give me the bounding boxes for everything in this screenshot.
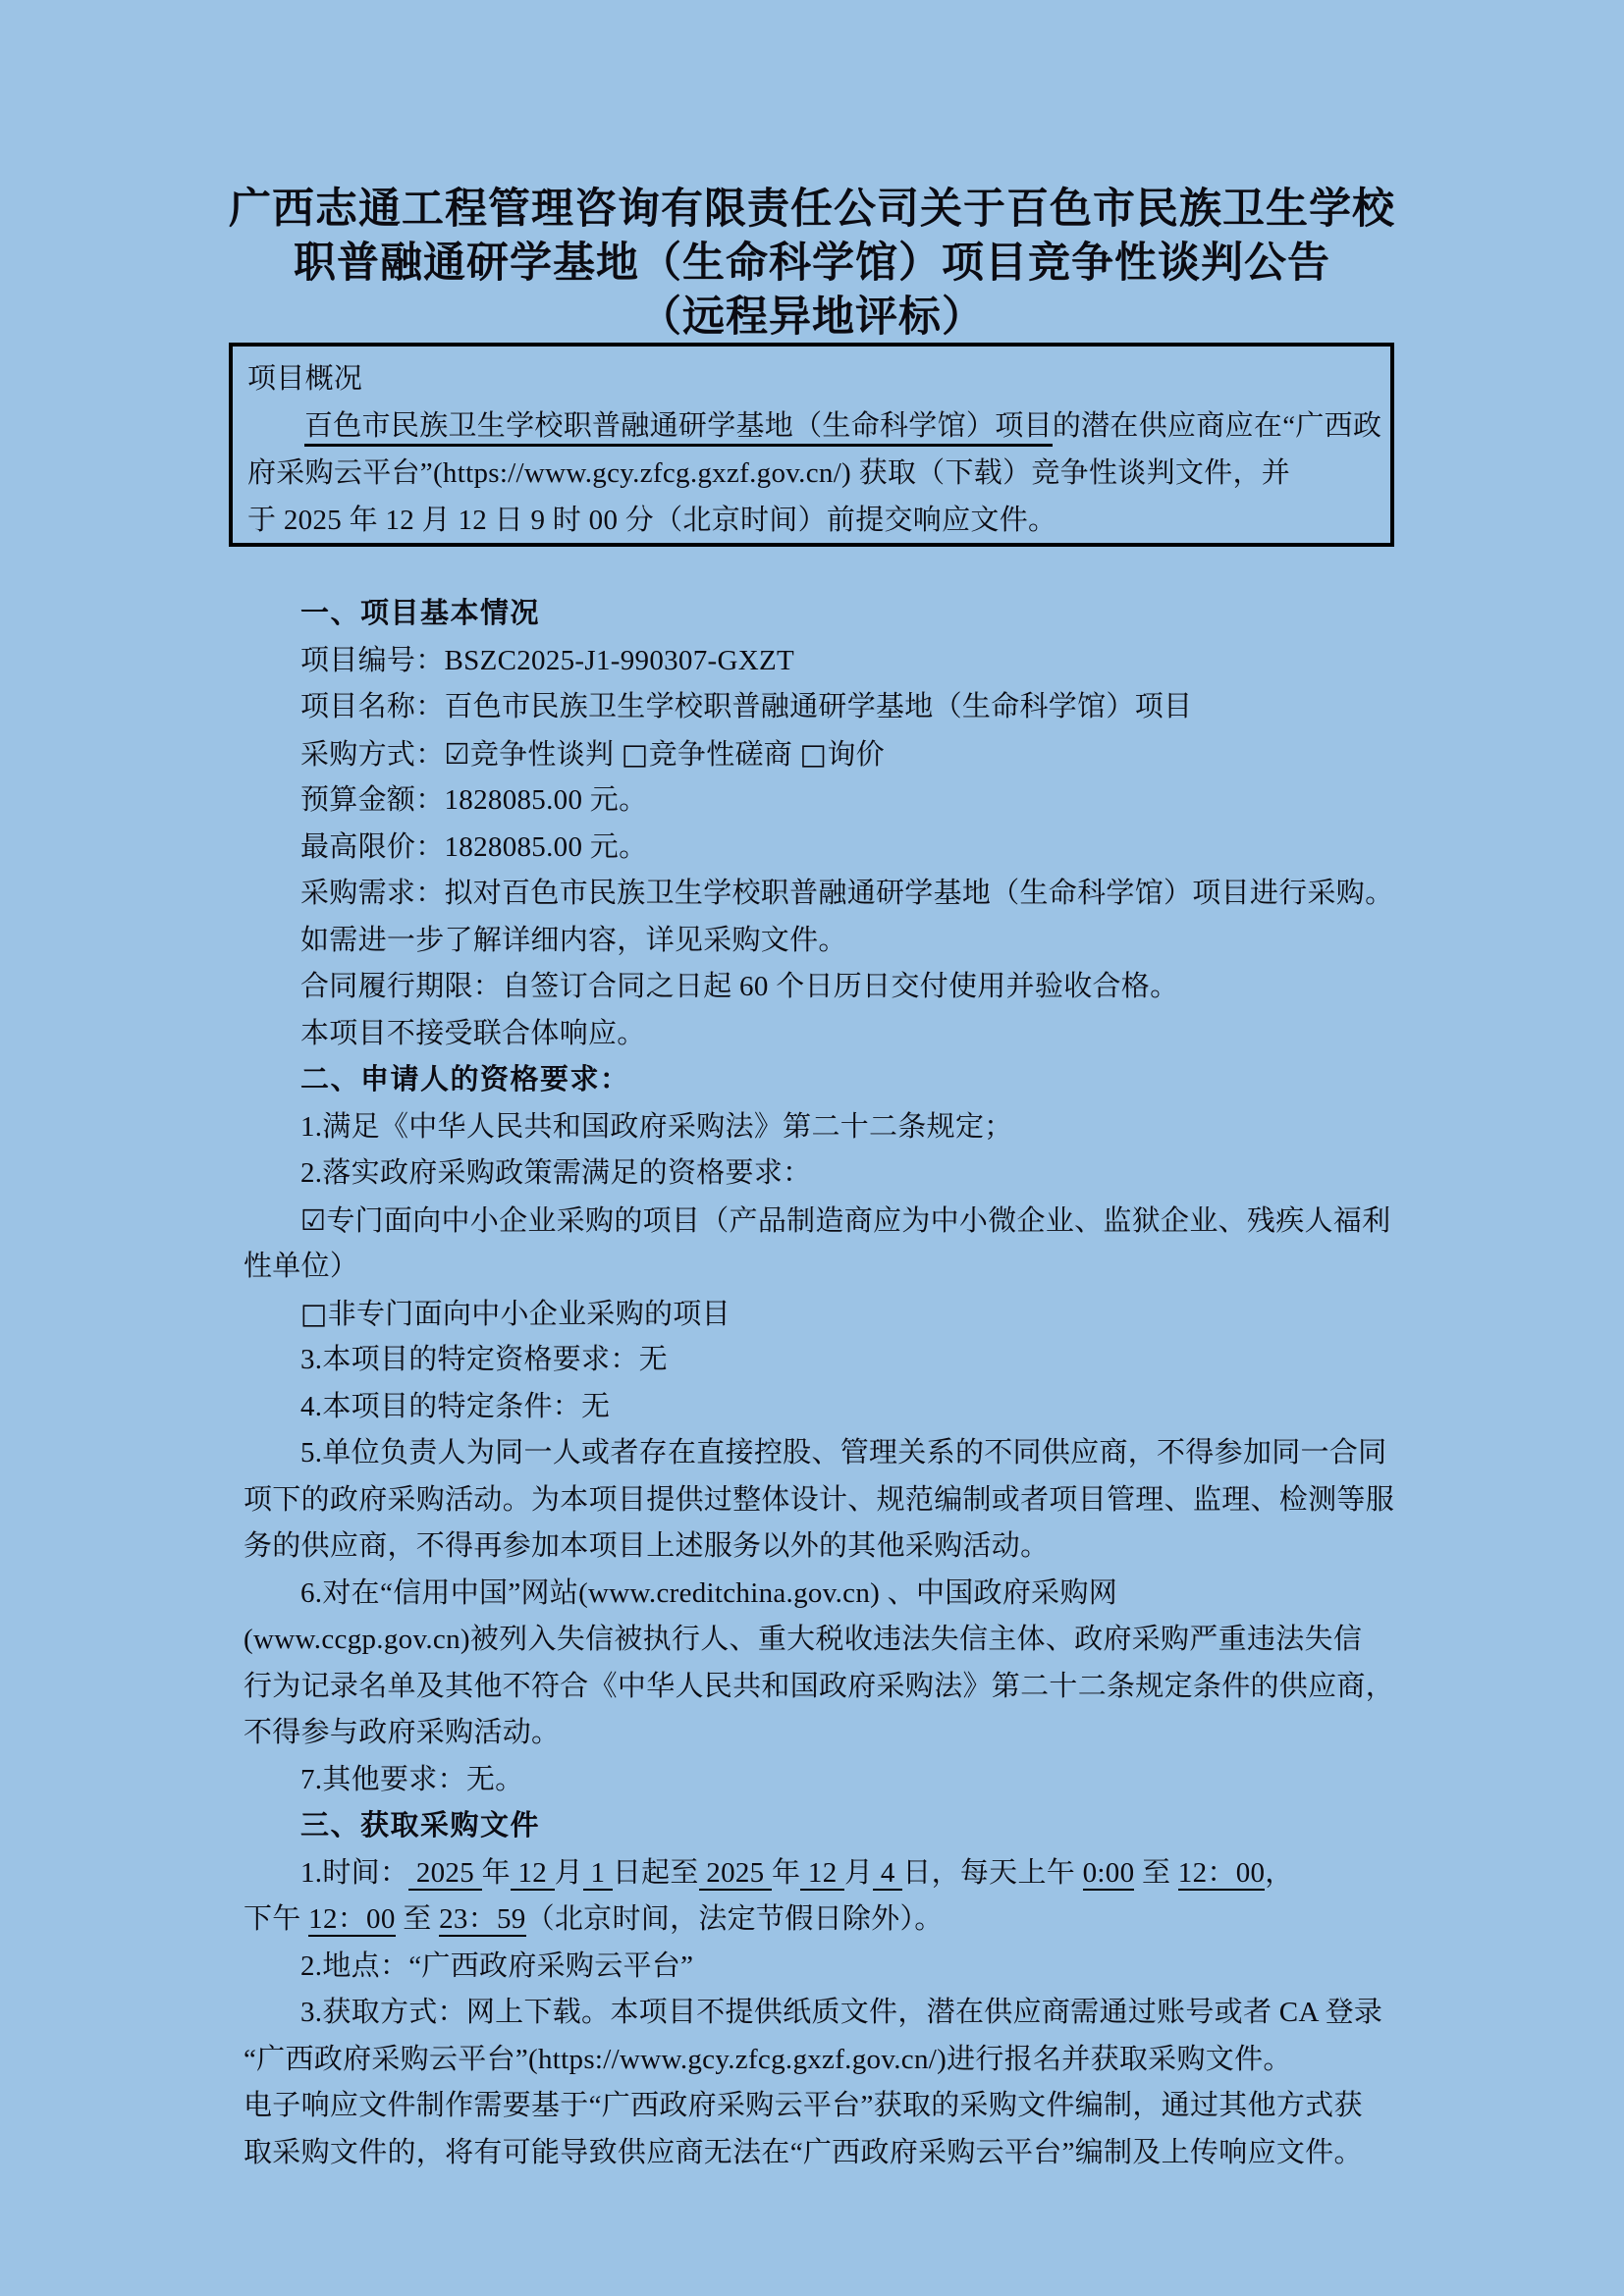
body-line: (www.ccgp.gov.cn)被列入失信被执行人、重大税收违法失信主体、政府… — [244, 1617, 1398, 1664]
text-segment: 如需进一步了解详细内容，详见采购文件。 — [300, 925, 847, 956]
text-segment: 6.对在“信用中国”网站(www.creditchina.gov.cn) 、中国… — [300, 1577, 1117, 1609]
text-segment: 行为记录名单及其他不符合《中华人民共和国政府采购法》第二十二条规定条件的供应商， — [244, 1671, 1394, 1702]
text-segment: 项目编号：BSZC2025-J1-990307-GXZT — [300, 645, 794, 676]
body-line: 预算金额：1828085.00 元。 — [244, 777, 1398, 825]
title-line-2: 职普融通研学基地（生命科学馆）项目竞争性谈判公告 — [0, 237, 1624, 291]
text-segment: 12 — [511, 1857, 555, 1891]
body-line: 2.落实政府采购政策需满足的资格要求： — [244, 1150, 1398, 1198]
text-segment: 于 2025 年 12 月 12 日 9 时 00 分（北京时间）前提交响应文件… — [247, 505, 1056, 536]
body-line: 7.其他要求：无。 — [244, 1757, 1398, 1804]
checkbox-checked-icon: ☑ — [445, 737, 470, 771]
body-line: 行为记录名单及其他不符合《中华人民共和国政府采购法》第二十二条规定条件的供应商， — [244, 1664, 1398, 1711]
text-segment: 至 — [1134, 1857, 1177, 1889]
text-segment: 月 — [555, 1857, 583, 1889]
text-segment: 4 — [873, 1857, 902, 1891]
text-segment: 项目概况 — [247, 363, 362, 395]
body-line: 项下的政府采购活动。为本项目提供过整体设计、规范编制或者项目管理、监理、检测等服 — [244, 1477, 1398, 1524]
overview-line: 于 2025 年 12 月 12 日 9 时 00 分（北京时间）前提交响应文件… — [247, 497, 1375, 544]
body-line: 务的供应商，不得再参加本项目上述服务以外的其他采购活动。 — [244, 1523, 1398, 1571]
text-segment: （北京时间，法定节假日除外）。 — [526, 1903, 944, 1935]
text-segment: 日起至 — [613, 1857, 699, 1889]
body-line: 5.单位负责人为同一人或者存在直接控股、管理关系的不同供应商，不得参加同一合同 — [244, 1430, 1398, 1477]
text-segment: 务的供应商，不得再参加本项目上述服务以外的其他采购活动。 — [244, 1530, 1049, 1562]
text-segment: 性单位） — [244, 1251, 358, 1282]
document-body: 一、项目基本情况项目编号：BSZC2025-J1-990307-GXZT项目名称… — [244, 591, 1398, 2176]
body-line: ☑专门面向中小企业采购的项目（产品制造商应为中小微企业、监狱企业、残疾人福利 — [244, 1198, 1398, 1245]
text-segment: 23：59 — [439, 1903, 526, 1937]
body-line: 电子响应文件制作需要基于“广西政府采购云平台”获取的采购文件编制，通过其他方式获 — [244, 2083, 1398, 2130]
text-segment: 询价 — [827, 739, 885, 771]
body-line: 4.本项目的特定条件：无 — [244, 1384, 1398, 1431]
text-segment: 5.单位负责人为同一人或者存在直接控股、管理关系的不同供应商，不得参加同一合同 — [300, 1437, 1386, 1468]
text-segment: 3.获取方式：网上下载。本项目不提供纸质文件，潜在供应商需通过账号或者 CA 登… — [300, 1997, 1382, 2028]
body-line: “广西政府采购云平台”(https://www.gcy.zfcg.gxzf.go… — [244, 2037, 1398, 2084]
text-segment: 1.时间： — [300, 1857, 408, 1889]
text-segment: 合同履行期限：自签订合同之日起 60 个日历日交付使用并验收合格。 — [300, 971, 1178, 1002]
text-segment: 3.本项目的特定资格要求：无 — [300, 1344, 668, 1375]
text-segment: 0:00 — [1083, 1857, 1135, 1891]
text-segment: 三、获取采购文件 — [300, 1810, 540, 1842]
body-line: □非专门面向中小企业采购的项目 — [244, 1291, 1398, 1338]
overview-line: 百色市民族卫生学校职普融通研学基地（生命科学馆）项目的潜在供应商应在“广西政 — [247, 402, 1375, 450]
text-segment: 一、项目基本情况 — [300, 598, 540, 629]
body-line: 3.获取方式：网上下载。本项目不提供纸质文件，潜在供应商需通过账号或者 CA 登… — [244, 1990, 1398, 2037]
text-segment: 12：00 — [1178, 1857, 1266, 1891]
project-overview-box: 项目概况百色市民族卫生学校职普融通研学基地（生命科学馆）项目的潜在供应商应在“广… — [229, 343, 1394, 547]
checkbox-unchecked-icon: □ — [300, 1297, 328, 1330]
document-title: 广西志通工程管理咨询有限责任公司关于百色市民族卫生学校 职普融通研学基地（生命科… — [0, 183, 1624, 345]
text-segment: 竞争性谈判 — [470, 739, 622, 771]
text-segment: 1.满足《中华人民共和国政府采购法》第二十二条规定； — [300, 1111, 1013, 1143]
body-line: 采购方式：☑竞争性谈判 □竞争性磋商 □询价 — [244, 731, 1398, 778]
body-line: 项目名称：百色市民族卫生学校职普融通研学基地（生命科学馆）项目 — [244, 684, 1398, 731]
body-line: 合同履行期限：自签订合同之日起 60 个日历日交付使用并验收合格。 — [244, 964, 1398, 1011]
text-segment: 百色市民族卫生学校职普融通研学基地（生命科学馆）项目 — [304, 410, 1053, 447]
text-segment: 采购方式： — [300, 739, 445, 771]
body-line: 三、获取采购文件 — [244, 1803, 1398, 1850]
text-segment: 采购需求：拟对百色市民族卫生学校职普融通研学基地（生命科学馆）项目进行采购。 — [300, 878, 1393, 909]
text-segment: 2025 — [699, 1857, 772, 1891]
checkbox-unchecked-icon: □ — [622, 737, 649, 771]
text-segment: 7.其他要求：无。 — [300, 1764, 523, 1795]
text-segment: 项目名称：百色市民族卫生学校职普融通研学基地（生命科学馆）项目 — [300, 691, 1192, 722]
checkbox-unchecked-icon: □ — [800, 737, 828, 771]
document-page: { "colors": { "background": "#9CC3E5", "… — [0, 0, 1624, 2296]
text-segment: 预算金额：1828085.00 元。 — [300, 784, 647, 816]
text-segment: 4.本项目的特定条件：无 — [300, 1391, 610, 1422]
text-segment: 年 — [482, 1857, 511, 1889]
text-segment: 最高限价：1828085.00 元。 — [300, 831, 647, 863]
text-segment: 下午 — [244, 1903, 308, 1935]
text-segment: 的潜在供应商应在“广西政 — [1053, 410, 1381, 442]
body-line: 项目编号：BSZC2025-J1-990307-GXZT — [244, 638, 1398, 685]
text-segment: 府采购云平台”(https://www.gcy.zfcg.gxzf.gov.cn… — [247, 457, 1290, 489]
body-line: 采购需求：拟对百色市民族卫生学校职普融通研学基地（生命科学馆）项目进行采购。 — [244, 871, 1398, 918]
text-segment: 取采购文件的，将有可能导致供应商无法在“广西政府采购云平台”编制及上传响应文件。 — [244, 2137, 1363, 2168]
text-segment: 2025 — [408, 1857, 481, 1891]
text-segment: 12：00 — [308, 1903, 396, 1937]
text-segment: 专门面向中小企业采购的项目（产品制造商应为中小微企业、监狱企业、残疾人福利 — [326, 1205, 1390, 1237]
text-segment: 项下的政府采购活动。为本项目提供过整体设计、规范编制或者项目管理、监理、检测等服 — [244, 1484, 1394, 1516]
text-segment: 2.地点：“广西政府采购云平台” — [300, 1950, 693, 1982]
body-line: 下午 12：00 至 23：59（北京时间，法定节假日除外）。 — [244, 1896, 1398, 1944]
body-line: 6.对在“信用中国”网站(www.creditchina.gov.cn) 、中国… — [244, 1571, 1398, 1618]
text-segment: 1 — [583, 1857, 613, 1891]
text-segment: 本项目不接受联合体响应。 — [300, 1018, 646, 1049]
overview-line: 府采购云平台”(https://www.gcy.zfcg.gxzf.gov.cn… — [247, 450, 1375, 497]
text-segment: 电子响应文件制作需要基于“广西政府采购云平台”获取的采购文件编制，通过其他方式获 — [244, 2090, 1363, 2121]
body-line: 最高限价：1828085.00 元。 — [244, 825, 1398, 872]
body-line: 不得参与政府采购活动。 — [244, 1710, 1398, 1757]
text-segment: 二、申请人的资格要求： — [300, 1064, 630, 1095]
body-line: 本项目不接受联合体响应。 — [244, 1011, 1398, 1058]
text-segment: 至 — [396, 1903, 439, 1935]
body-line: 性单位） — [244, 1244, 1398, 1291]
text-segment: 竞争性磋商 — [649, 739, 800, 771]
body-line: 2.地点：“广西政府采购云平台” — [244, 1944, 1398, 1991]
text-segment: 非专门面向中小企业采购的项目 — [328, 1299, 731, 1330]
text-segment: ， — [1265, 1857, 1293, 1889]
body-line: 二、申请人的资格要求： — [244, 1057, 1398, 1104]
body-line: 3.本项目的特定资格要求：无 — [244, 1337, 1398, 1384]
text-segment: 月 — [844, 1857, 873, 1889]
text-segment: (www.ccgp.gov.cn)被列入失信被执行人、重大税收违法失信主体、政府… — [244, 1624, 1362, 1655]
checkbox-checked-icon: ☑ — [300, 1203, 326, 1237]
text-segment: 2.落实政府采购政策需满足的资格要求： — [300, 1157, 811, 1189]
title-line-1: 广西志通工程管理咨询有限责任公司关于百色市民族卫生学校 — [0, 183, 1624, 237]
text-segment: 12 — [800, 1857, 844, 1891]
body-line: 1.满足《中华人民共和国政府采购法》第二十二条规定； — [244, 1104, 1398, 1151]
title-line-3: （远程异地评标） — [0, 291, 1624, 345]
body-line: 一、项目基本情况 — [244, 591, 1398, 638]
text-segment: “广西政府采购云平台”(https://www.gcy.zfcg.gxzf.go… — [244, 2044, 1292, 2075]
text-segment: 年 — [772, 1857, 800, 1889]
overview-line: 项目概况 — [247, 355, 1375, 402]
text-segment: 日，每天上午 — [902, 1857, 1082, 1889]
body-line: 1.时间： 2025 年 12 月 1 日起至 2025 年 12 月 4 日，… — [244, 1850, 1398, 1897]
body-line: 如需进一步了解详细内容，详见采购文件。 — [244, 918, 1398, 965]
text-segment: 不得参与政府采购活动。 — [244, 1717, 560, 1748]
body-line: 取采购文件的，将有可能导致供应商无法在“广西政府采购云平台”编制及上传响应文件。 — [244, 2130, 1398, 2177]
